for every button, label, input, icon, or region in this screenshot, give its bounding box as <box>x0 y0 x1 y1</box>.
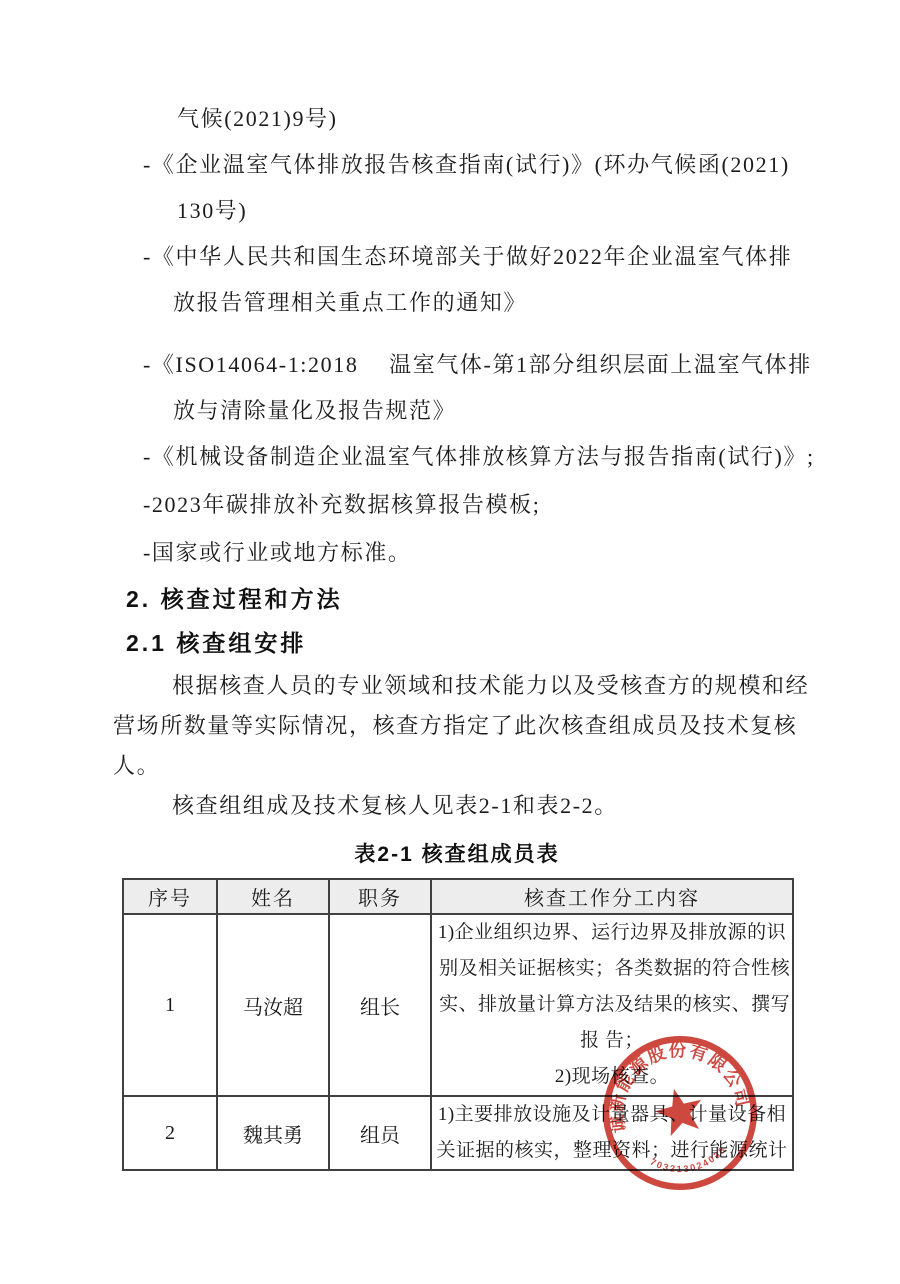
cell-role: 组长 <box>329 914 431 1096</box>
cell-role: 组员 <box>329 1096 431 1170</box>
verification-team-table: 序号 姓名 职务 核查工作分工内容 1 马汝超 组长 1)企业组织边界、运行边界… <box>122 878 794 1171</box>
header-cell-name: 姓名 <box>217 879 329 914</box>
doc-line: -《机械设备制造企业温室气体排放核算方法与报告指南(试行)》; <box>143 444 815 470</box>
doc-line: 人。 <box>113 753 160 779</box>
table-header-row: 序号 姓名 职务 核查工作分工内容 <box>123 879 793 914</box>
doc-line: 气候(2021)9号) <box>177 106 338 132</box>
doc-line: 核查组组成及技术复核人见表2-1和表2-2。 <box>172 793 618 819</box>
cell-name: 马汝超 <box>217 914 329 1096</box>
doc-line: 放与清除量化及报告规范》 <box>173 398 456 424</box>
doc-line: -国家或行业或地方标准。 <box>143 540 412 566</box>
header-cell-role: 职务 <box>329 879 431 914</box>
table-title: 表2-1 核查组成员表 <box>122 838 792 868</box>
doc-line: 130号) <box>177 198 247 224</box>
doc-line: -《中华人民共和国生态环境部关于做好2022年企业温室气体排 <box>143 244 792 270</box>
header-cell-duty: 核查工作分工内容 <box>431 879 793 914</box>
subsection-heading: 2.1 核查组安排 <box>126 630 306 656</box>
cell-name: 魏其勇 <box>217 1096 329 1170</box>
header-cell-no: 序号 <box>123 879 217 914</box>
cell-no: 1 <box>123 914 217 1096</box>
doc-line: 根据核查人员的专业领域和技术能力以及受核查方的规模和经 <box>172 673 809 699</box>
doc-line: -《ISO14064-1:2018 温室气体-第1部分组织层面上温室气体排 <box>143 352 812 378</box>
table-row: 1 马汝超 组长 1)企业组织边界、运行边界及排放源的识 别及相关证据核实；各类… <box>123 914 793 1096</box>
section-heading: 2. 核查过程和方法 <box>126 586 343 612</box>
cell-duty: 1)主要排放设施及计量器具、计量设备相 关证据的核实，整理资料；进行能源统计 <box>431 1096 793 1170</box>
doc-line: 营场所数量等实际情况，核查方指定了此次核查组成员及技术复核 <box>113 713 797 739</box>
doc-line: 放报告管理相关重点工作的通知》 <box>173 290 527 316</box>
table-row: 2 魏其勇 组员 1)主要排放设施及计量器具、计量设备相 关证据的核实，整理资料… <box>123 1096 793 1170</box>
doc-line: -2023年碳排放补充数据核算报告模板; <box>143 492 540 518</box>
document-page: 气候(2021)9号) -《企业温室气体排放报告核查指南(试行)》(环办气候函(… <box>0 0 900 1284</box>
doc-line: -《企业温室气体排放报告核查指南(试行)》(环办气候函(2021) <box>143 152 790 178</box>
cell-duty: 1)企业组织边界、运行边界及排放源的识 别及相关证据核实；各类数据的符合性核 实… <box>431 914 793 1096</box>
cell-no: 2 <box>123 1096 217 1170</box>
